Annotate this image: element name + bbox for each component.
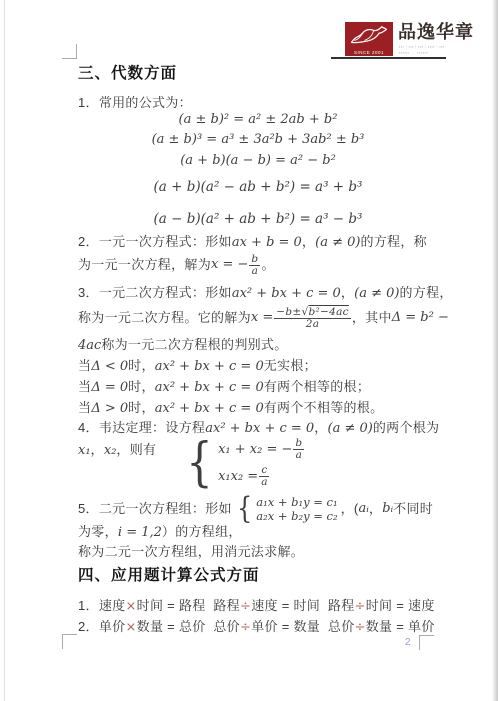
item5-line2: 为零，i = 1,2）的方程组，: [78, 522, 242, 543]
discriminant-case-negative: 当Δ < 0时，ax² + bx + c = 0无实根；: [78, 356, 317, 377]
divide-sign: ÷: [240, 599, 251, 614]
item3-cond: (a ≠ 0): [354, 286, 399, 301]
item3-line2: 称为一元二次方程。它的解为x =−b±√b²−4ac2a，其中Δ = b² −: [78, 304, 449, 332]
section-heading-applied: 四、应用题计算公式方面: [78, 566, 260, 586]
item3-text: 的方程，: [399, 285, 452, 300]
item2-text: 。: [261, 255, 274, 275]
vieta-system: { x₁ + x₂ = −ba x₁x₂ =ca: [183, 437, 305, 489]
item4-line2: x₁，x₂，则有: [78, 440, 156, 461]
logo-since-label: SINCE 2001: [354, 49, 384, 56]
divide-sign: ÷: [355, 620, 366, 635]
item5-line3: 称为二元一次方程组，用消元法求解。: [78, 542, 304, 562]
text-boundary-mark-bottom-left: [62, 634, 77, 649]
item2-line1: 2．一元一次方程式：形如ax + b = 0，(a ≠ 0)的方程，称: [78, 232, 427, 253]
item2-eq: ax + b = 0: [232, 235, 302, 250]
item2-text: 的方程，称: [360, 234, 427, 249]
qf-numerator-prefix: −b±: [276, 306, 301, 318]
brand-logo: SINCE 2001 品逸华章 ▪▪▪｜▪▪▪｜▪▪▪｜▪▪▪▪｜▪▪▪ ▪▪▪…: [331, 20, 466, 60]
logo-tagline-bottom: ▪▪▪▪▪▪ ， ▪▪▪▪▪▪: [399, 51, 428, 56]
page-left-edge: [4, 0, 5, 701]
item2-cond: (a ≠ 0): [315, 235, 360, 250]
quadratic-formula-fraction: −b±√b²−4ac2a: [274, 307, 351, 330]
formula-diff-cubes: (a − b)(a² + ab + b²) = a³ − b³: [78, 209, 438, 229]
logo-underline: [331, 57, 446, 59]
divide-sign: ÷: [355, 599, 366, 614]
qf-denominator: 2a: [304, 319, 322, 330]
item2-text: ，: [302, 234, 315, 249]
item5-line1: 5．二元一次方程组：形如{a₁x + b₁y = c₁a₂x + b₂y = c…: [78, 494, 433, 524]
horse-icon: [347, 24, 391, 46]
page-right-edge-shadow: [492, 0, 498, 701]
applied-formula-speed: 1．速度×时间 = 路程 路程÷速度 = 时间 路程÷时间 = 速度: [78, 596, 435, 617]
item2-text: 为一元一次方程，解为: [78, 255, 211, 275]
multiply-sign: ×: [125, 620, 136, 635]
item3-text: 称为一元二次方程根的判别式。: [101, 337, 287, 352]
fraction-b-over-a: ba: [249, 254, 260, 277]
item3-text: 称为一元二次方程。它的解为: [78, 308, 251, 328]
item3-eq: ax² + bx + c = 0: [232, 286, 341, 301]
qf-radicand: b²−4ac: [308, 306, 348, 318]
vieta-product-equation: x₁x₂ =ca: [218, 465, 305, 488]
fraction-c-over-a: ca: [259, 465, 269, 488]
logo-tagline-top: ▪▪▪｜▪▪▪｜▪▪▪｜▪▪▪▪｜▪▪▪: [399, 45, 445, 50]
system-equation-2: a₂x + b₂y = c₂: [256, 510, 337, 523]
discriminant-def: Δ = b² −: [392, 308, 449, 328]
linear-system: {a₁x + b₁y = c₁a₂x + b₂y = c₂: [235, 494, 338, 524]
item3-line1: 3．一元二次方程式：形如ax² + bx + c = 0，(a ≠ 0)的方程，: [78, 283, 453, 304]
item3-text: 3．一元二次方程式：形如: [78, 285, 232, 300]
item2-solution: x = −: [211, 255, 248, 275]
item3-text: ，其中: [352, 308, 392, 328]
applied-formula-price: 2．单价×数量 = 总价 总价÷单价 = 数量 总价÷数量 = 单价: [78, 617, 435, 638]
formula-sum-cubes: (a + b)(a² − ab + b²) = a³ + b³: [78, 177, 438, 197]
formula-cube: (a ± b)³ = a³ ± 3a²b + 3ab² ± b³: [78, 130, 438, 150]
discriminant-case-positive: 当Δ > 0时，ax² + bx + c = 0有两个不相等的根。: [78, 398, 383, 419]
item3-4ac: 4ac: [78, 338, 101, 353]
section-heading-algebra: 三、代数方面: [78, 64, 177, 84]
system-equation-1: a₁x + b₁y = c₁: [256, 496, 337, 509]
left-brace: {: [186, 437, 212, 489]
item2-line2: 为一元一次方程，解为x = −ba。: [78, 252, 275, 278]
text-boundary-mark-top-left: [62, 44, 77, 59]
page-number: 2: [405, 637, 411, 648]
item3-x-equals: x =: [251, 308, 273, 328]
formula-diff-squares: (a + b)(a − b) = a² − b²: [78, 151, 438, 171]
brand-name: 品逸华章: [398, 21, 474, 43]
discriminant-case-zero: 当Δ = 0时，ax² + bx + c = 0有两个相等的根；: [78, 377, 370, 398]
item3-line3: 4ac称为一元二次方程根的判别式。: [78, 335, 288, 356]
multiply-sign: ×: [125, 599, 136, 614]
item2-text: 2．一元一次方程式：形如: [78, 234, 232, 249]
divide-sign: ÷: [240, 620, 251, 635]
item1-label-text: 1．常用的公式为：: [78, 95, 192, 110]
vieta-sum-equation: x₁ + x₂ = −ba: [218, 438, 305, 461]
left-brace: {: [237, 494, 253, 524]
item4-line1: 4．韦达定理：设方程ax² + bx + c = 0，(a ≠ 0)的两个根为: [78, 418, 439, 439]
item3-text: ，: [341, 285, 354, 300]
document-page: SINCE 2001 品逸华章 ▪▪▪｜▪▪▪｜▪▪▪｜▪▪▪▪｜▪▪▪ ▪▪▪…: [0, 0, 498, 701]
logo-red-box: SINCE 2001: [345, 22, 393, 56]
fraction-b-over-a: ba: [293, 438, 304, 461]
formula-square: (a ± b)² = a² ± 2ab + b²: [78, 110, 438, 130]
